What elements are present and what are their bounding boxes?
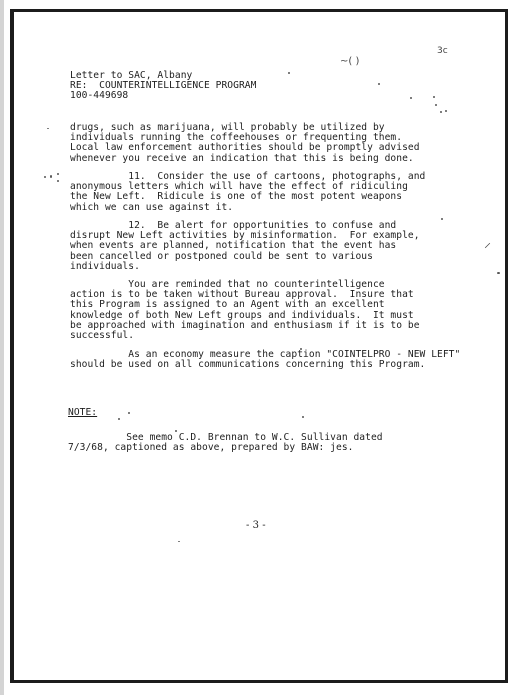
scan-edge-strip [0,0,4,695]
scan-speck [47,128,49,129]
scan-speck [288,72,290,74]
scan-speck [44,176,46,178]
handwritten-mark-top-right: 3c [437,46,448,56]
scan-speck [378,83,380,85]
header-file-number: 100-449698 [70,90,128,101]
note-label: NOTE: [68,408,97,418]
paragraph-reminder: You are reminded that no counterintellig… [70,280,420,341]
scan-speck [57,180,59,182]
handwritten-mark-right-margin: ⸝ [484,238,491,248]
letter-header: Letter to SAC, Albany RE: COUNTERINTELLI… [70,71,256,102]
note-body: See memo C.D. Brennan to W.C. Sullivan d… [68,433,383,453]
scan-speck [118,418,120,420]
scan-speck [50,175,52,178]
scan-speck [302,416,304,418]
scan-speck [441,218,443,220]
scan-speck [175,430,177,432]
paragraph-drugs: drugs, such as marijuana, will probably … [70,123,420,164]
handwritten-mark-top-center: ~( ) [340,57,359,67]
scan-speck [128,412,130,414]
paragraph-item-11: 11. Consider the use of cartoons, photog… [70,172,425,213]
scan-speck [433,96,435,98]
scan-speck [57,173,59,175]
scan-speck [410,97,412,99]
scan-speck [435,104,437,106]
page-number: - 3 - [246,521,266,531]
paragraph-economy-measure: As an economy measure the caption "COINT… [70,350,460,370]
document-page [10,9,508,683]
scan-speck [178,541,180,542]
paragraph-item-12: 12. Be alert for opportunities to confus… [70,221,420,272]
scan-speck [440,111,442,113]
scan-speck [445,110,447,112]
scan-speck [497,272,500,274]
scan-speck [300,348,302,350]
